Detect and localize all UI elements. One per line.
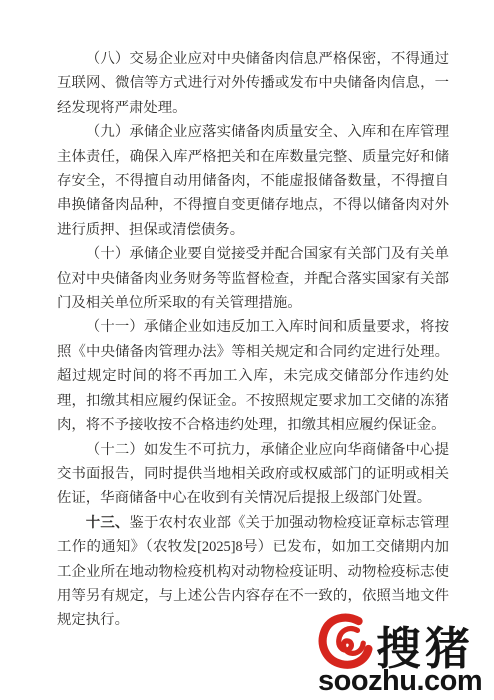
document-page: （八）交易企业应对中央储备肉信息严格保密，不得通过互联网、微信等方式进行对外传播… bbox=[0, 0, 494, 700]
paragraph-9-number: （九） bbox=[86, 124, 130, 140]
paragraph-item-8: （八）交易企业应对中央储备肉信息严格保密，不得通过互联网、微信等方式进行对外传播… bbox=[57, 47, 449, 120]
paragraph-10-number: （十） bbox=[86, 246, 130, 262]
paragraph-item-11: （十一）承储企业如违反加工入库时间和质量要求，将按照《中央储备肉管理办法》等相关… bbox=[57, 315, 449, 437]
paragraph-12-number: （十二） bbox=[86, 442, 144, 458]
soozhu-watermark: 搜猪 soozhu.com bbox=[318, 611, 492, 696]
pig-scribble-icon bbox=[318, 613, 376, 671]
paragraph-item-9: （九）承储企业应落实储备肉质量安全、入库和在库管理主体责任，确保入库严格把关和在… bbox=[57, 120, 449, 242]
paragraph-8-number: （八） bbox=[86, 51, 130, 67]
paragraph-11-text: 承储企业如违反加工入库时间和质量要求，将按照《中央储备肉管理办法》等相关规定和合… bbox=[57, 319, 449, 433]
brand-domain-text: soozhu.com bbox=[318, 667, 492, 696]
paragraph-9-text: 承储企业应落实储备肉质量安全、入库和在库管理主体责任，确保入库严格把关和在库数量… bbox=[57, 124, 449, 238]
watermark-logo-row: 搜猪 bbox=[318, 611, 492, 671]
document-body: （八）交易企业应对中央储备肉信息严格保密，不得通过互联网、微信等方式进行对外传播… bbox=[57, 47, 449, 633]
paragraph-item-12: （十二）如发生不可抗力，承储企业应向华商储备中心提交书面报告，同时提供当地相关政… bbox=[57, 438, 449, 511]
paragraph-11-number: （十一） bbox=[86, 319, 144, 335]
paragraph-item-10: （十）承储企业要自觉接受并配合国家有关部门及有关单位对中央储备肉业务财务等监督检… bbox=[57, 242, 449, 315]
paragraph-13-number: 十三、 bbox=[86, 515, 130, 531]
